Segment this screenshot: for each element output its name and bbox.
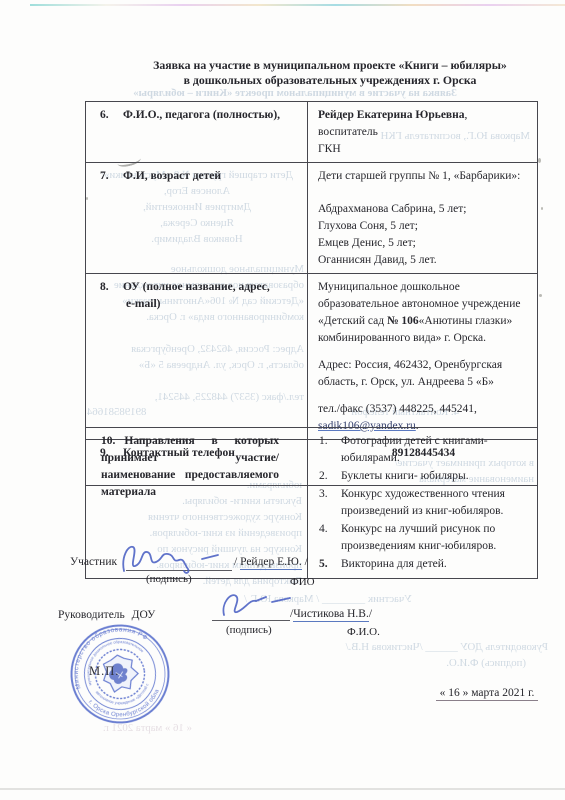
date-line: « 16 » марта 2021 г. — [436, 687, 538, 701]
participant-fio-line: / Рейдер Е.Ю. / — [234, 556, 308, 568]
list-line: Оганнисян Давид, 5 лет. — [318, 252, 529, 269]
materials-list: Фотографии детей с книгами-юбилярами.Бук… — [318, 433, 529, 573]
row6-number: 6. — [100, 107, 123, 124]
list-line: Абдрахманова Сабрина, 5 лет; — [318, 201, 529, 218]
row8-number: 8. — [100, 279, 123, 296]
table-row-8: 8.ОУ (полное название, адрес, e-mail) Му… — [86, 274, 538, 440]
table-row-6: 6.Ф.И.О., педагога (полностью), Рейдер Е… — [86, 102, 538, 163]
organization-number: № 106 — [387, 315, 419, 327]
bleed-through-text: (подпись) Ф.И.О. — [346, 655, 526, 671]
fio-caption: ФИО — [290, 576, 315, 588]
row10-label: Направления в которых принимает участие/… — [101, 435, 279, 498]
phone-fax-line: тел./факс (3537) 448225, 445241, — [318, 403, 477, 415]
row8-label-cell: 8.ОУ (полное название, адрес, e-mail) — [86, 274, 308, 440]
participant-fio: Рейдер Е.Ю. — [240, 556, 302, 570]
row7-number: 7. — [100, 168, 123, 185]
scan-artifact-bottom-edge — [0, 788, 565, 790]
list-line: Викторина для детей. — [318, 556, 529, 573]
row8-label-line2: e-mail) — [126, 298, 160, 310]
table-row-7: 7.Ф.И, возраст детей Дети старшей группы… — [86, 163, 538, 274]
list-line: Конкурс на лучший рисунок по произведени… — [318, 521, 529, 555]
signature-caption: (подпись) — [226, 624, 272, 636]
slash: / — [305, 556, 308, 568]
organization-address: Адрес: Россия, 462432, Оренбургская обла… — [318, 357, 529, 391]
list-line: Глухова Соня, 5 лет; — [318, 218, 529, 235]
fio-caption: Ф.И.О. — [347, 626, 380, 638]
director-signature-stroke — [214, 589, 306, 623]
row10-value-cell: Фотографии детей с книгами-юбилярами.Бук… — [308, 428, 538, 579]
scanned-application-document: Заявка на участие в муниципальном проект… — [0, 0, 565, 800]
participant-signature-stroke — [118, 541, 238, 579]
official-stamp: Министерство образования РФ г. Орска Оре… — [50, 604, 190, 744]
document-title: Заявка на участие в муниципальном проект… — [100, 58, 560, 88]
scan-speck — [538, 158, 541, 163]
scan-speck — [541, 207, 543, 210]
row6-value-cell: Рейдер Екатерина Юрьевна, воспитатель ГК… — [308, 102, 538, 163]
bleed-through-text: Руководитель ДОУ ______ /Чистикова Н.В./ — [330, 639, 548, 655]
document-title-line1: Заявка на участие в муниципальном проект… — [100, 58, 560, 73]
stamp-mp-label: М.П. — [89, 664, 119, 679]
scan-speck — [539, 294, 542, 297]
children-group-header: Дети старшей группы № 1, «Барбарики»: — [318, 168, 529, 185]
list-line: Фотографии детей с книгами-юбилярами. — [318, 433, 529, 467]
row7-value-cell: Дети старшей группы № 1, «Барбарики»: Аб… — [308, 163, 538, 274]
organization-name: Муниципальное дошкольное образовательное… — [318, 279, 529, 347]
row8-label-line1: ОУ (полное название, адрес, — [123, 281, 270, 293]
row10-number: 10. — [101, 435, 115, 447]
row8-value-cell: Муниципальное дошкольное образовательное… — [308, 274, 538, 440]
teacher-unit: ГКН — [318, 143, 341, 155]
scan-artifact-top-line — [30, 4, 565, 6]
children-list: Абдрахманова Сабрина, 5 лет;Глухова Соня… — [318, 201, 529, 269]
participant-role-label: Участник — [70, 556, 117, 568]
row7-label: Ф.И, возраст детей — [123, 170, 221, 182]
document-title-line2: в дошкольных образовательных учреждениях… — [100, 73, 560, 88]
row6-label: Ф.И.О., педагога (полностью), — [123, 109, 280, 121]
list-line: Емцев Денис, 5 лет; — [318, 235, 529, 252]
row7-label-cell: 7.Ф.И, возраст детей — [86, 163, 308, 274]
slash: / — [369, 608, 372, 620]
row6-label-cell: 6.Ф.И.О., педагога (полностью), — [86, 102, 308, 163]
list-line: Конкурс художественного чтения произведе… — [318, 486, 529, 520]
list-line: Буклеты книги- юбиляры. — [318, 468, 529, 485]
teacher-name: Рейдер Екатерина Юрьевна — [318, 109, 465, 121]
